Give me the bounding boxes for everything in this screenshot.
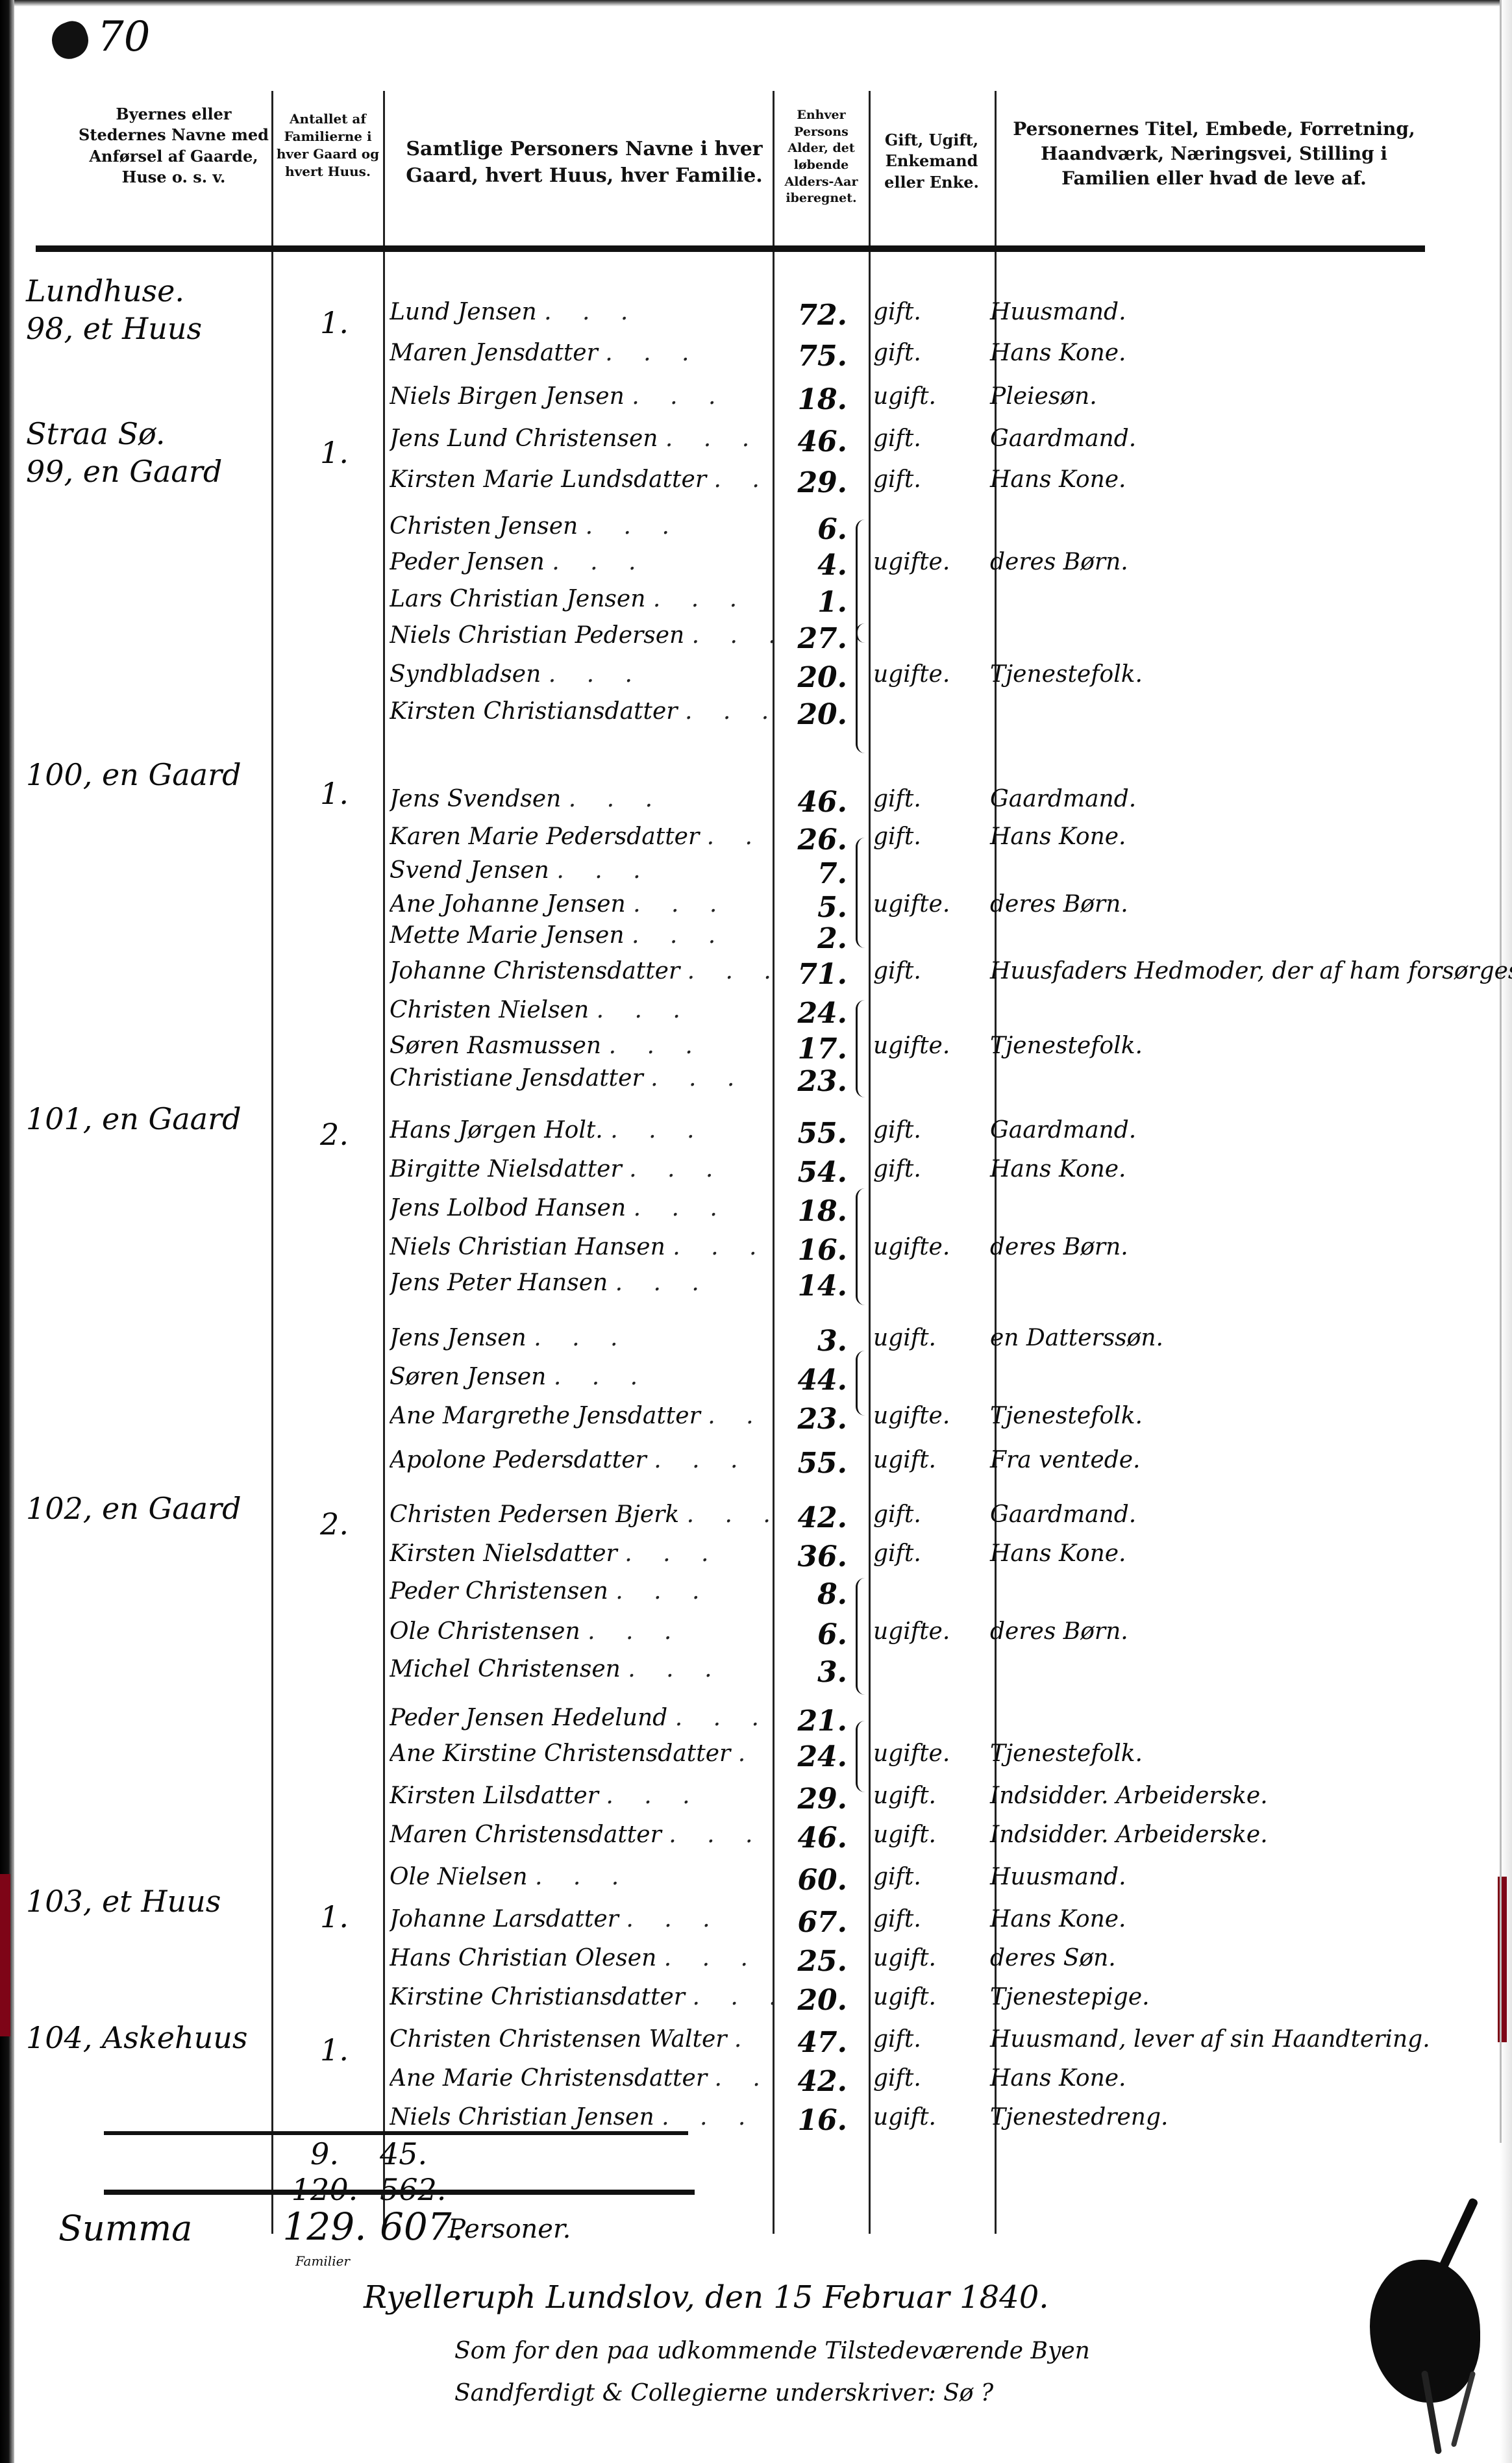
person-name-text: Niels Christian Jensen — [390, 2104, 654, 2131]
occupation: deres Børn. — [990, 1234, 1444, 1260]
header-names: Samtlige Personers Navne i hver Gaard, h… — [403, 136, 766, 189]
person-age: 67. — [782, 1906, 847, 1939]
person-row: Niels Christian Jensen . . .16.ugift.Tje… — [0, 2104, 1512, 2144]
civil-status: gift. — [873, 2026, 984, 2053]
total-rule — [104, 2190, 695, 2195]
person-name-text: Peder Jensen — [390, 549, 545, 575]
person-age: 3. — [782, 1325, 847, 1358]
person-name-text: Kirsten Christiansdatter — [390, 698, 677, 725]
occupation: Tjenestepige. — [990, 1984, 1444, 2010]
person-name-text: Kirsten Nielsdatter — [390, 1540, 617, 1567]
person-age: 75. — [782, 340, 847, 373]
header-civil-status: Gift, Ugift, Enkemand eller Enke. — [873, 130, 990, 193]
sum-families: 129. — [276, 2205, 373, 2249]
person-age: 29. — [782, 1782, 847, 1816]
person-row: Syndbladsen . . .20.ugifte.Tjenestefolk. — [0, 661, 1512, 701]
leader-dots: . . . — [738, 1740, 773, 1767]
leader-dots: . . . — [651, 1065, 746, 1092]
person-row: Jens Svendsen . . .46.gift.Gaardmand. — [0, 786, 1512, 826]
person-name: Apolone Pedersdatter . . . — [390, 1447, 773, 1473]
person-row: Peder Christensen . . .8. — [0, 1578, 1512, 1618]
person-name: Ane Marie Christensdatter . . . — [390, 2065, 773, 2092]
civil-status: ugift. — [873, 1984, 984, 2010]
person-name-text: Niels Christian Pedersen — [390, 622, 684, 649]
leader-dots: . . . — [707, 823, 773, 850]
occupation: Gaardmand. — [990, 786, 1444, 812]
person-age: 16. — [782, 1234, 847, 1267]
leader-dots: . . . — [673, 1234, 768, 1260]
civil-status: ugifte. — [873, 1234, 984, 1260]
civil-status: gift. — [873, 425, 984, 452]
person-name-text: Christen Nielsen — [390, 997, 589, 1023]
person-name: Niels Birgen Jensen . . . — [390, 383, 773, 410]
person-age: 25. — [782, 1945, 847, 1978]
leader-dots: . . . — [554, 1364, 649, 1390]
person-name-text: Niels Christian Hansen — [390, 1234, 665, 1260]
person-age: 72. — [782, 299, 847, 332]
occupation: Indsidder. Arbeiderske. — [990, 1821, 1444, 1848]
leader-dots: . . . — [588, 1618, 683, 1645]
person-age: 4. — [782, 549, 847, 582]
person-name-text: Apolone Pedersdatter — [390, 1447, 647, 1473]
person-name-text: Lund Jensen — [390, 299, 537, 325]
person-name: Kirstine Christiansdatter . . . — [390, 1984, 773, 2010]
scan-top-edge — [0, 0, 1512, 6]
person-name: Karen Marie Pedersdatter . . . — [390, 823, 773, 850]
civil-status: ugifte. — [873, 661, 984, 688]
civil-status: gift. — [873, 2065, 984, 2092]
person-name-text: Christiane Jensdatter — [390, 1065, 643, 1092]
occupation: Tjenestefolk. — [990, 661, 1444, 688]
person-name-text: Niels Birgen Jensen — [390, 383, 625, 410]
civil-status: ugift. — [873, 383, 984, 410]
person-name: Ane Margrethe Jensdatter . . . — [390, 1403, 773, 1429]
occupation: Hans Kone. — [990, 1540, 1444, 1567]
person-name: Maren Christensdatter . . . — [390, 1821, 773, 1848]
civil-status: gift. — [873, 340, 984, 366]
civil-status: gift. — [873, 299, 984, 325]
leader-dots: . . . — [669, 1821, 764, 1848]
person-row: Kirsten Marie Lundsdatter . . .29.gift.H… — [0, 466, 1512, 506]
person-name: Ole Nielsen . . . — [390, 1864, 773, 1890]
person-name: Kirsten Lilsdatter . . . — [390, 1782, 773, 1809]
person-name: Christen Jensen . . . — [390, 513, 773, 540]
person-age: 6. — [782, 1618, 847, 1651]
person-age: 42. — [782, 1501, 847, 1534]
occupation: Tjenestedreng. — [990, 2104, 1444, 2131]
person-name: Peder Jensen Hedelund . . . — [390, 1705, 773, 1731]
person-name-text: Christen Christensen Walter — [390, 2026, 726, 2053]
person-name: Peder Christensen . . . — [390, 1578, 773, 1605]
person-name-text: Jens Lolbod Hansen — [390, 1195, 626, 1221]
person-age: 26. — [782, 823, 847, 856]
person-name-text: Peder Christensen — [390, 1578, 608, 1605]
person-age: 71. — [782, 958, 847, 991]
person-row: Ole Christensen . . .6.ugifte.deres Børn… — [0, 1618, 1512, 1658]
leader-dots: . . . — [609, 1032, 704, 1059]
header-age: Enhver Persons Alder, det løbende Alders… — [776, 107, 867, 207]
leader-dots: . . . — [535, 1864, 630, 1890]
person-age: 17. — [782, 1032, 847, 1066]
person-name: Ole Christensen . . . — [390, 1618, 773, 1645]
person-name-text: Svend Jensen — [390, 857, 549, 884]
person-name-text: Jens Svendsen — [390, 786, 561, 812]
occupation: deres Børn. — [990, 549, 1444, 575]
person-row: Hans Jørgen Holt. . . .55.gift.Gaardmand… — [0, 1117, 1512, 1157]
person-row: Ane Kirstine Christensdatter . . .24.ugi… — [0, 1740, 1512, 1781]
occupation: Fra ventede. — [990, 1447, 1444, 1473]
person-name: Michel Christensen . . . — [390, 1656, 773, 1682]
person-name: Jens Svendsen . . . — [390, 786, 773, 812]
person-row: Kirsten Nielsdatter . . .36.gift.Hans Ko… — [0, 1540, 1512, 1581]
occupation: Gaardmand. — [990, 1117, 1444, 1144]
leader-dots: . . . — [675, 1705, 771, 1731]
civil-status: ugifte. — [873, 1403, 984, 1429]
person-row: Christen Jensen . . .6. — [0, 513, 1512, 553]
person-name: Niels Christian Pedersen . . . — [390, 622, 773, 649]
civil-status: gift. — [873, 1156, 984, 1182]
person-name: Søren Jensen . . . — [390, 1364, 773, 1390]
person-name-text: Karen Marie Pedersdatter — [390, 823, 699, 850]
person-age: 46. — [782, 1821, 847, 1855]
person-age: 6. — [782, 513, 847, 546]
leader-dots: . . . — [549, 661, 644, 688]
person-name-text: Johanne Larsdatter — [390, 1906, 619, 1932]
person-name: Jens Jensen . . . — [390, 1325, 773, 1351]
person-name-text: Christen Pedersen Bjerk — [390, 1501, 679, 1528]
person-name-text: Kirstine Christiansdatter — [390, 1984, 685, 2010]
person-row: Peder Jensen . . .4.ugifte.deres Børn. — [0, 549, 1512, 589]
civil-status: ugift. — [873, 1821, 984, 1848]
leader-dots: . . . — [685, 698, 773, 725]
civil-status: gift. — [873, 1906, 984, 1932]
person-age: 7. — [782, 857, 847, 890]
person-age: 27. — [782, 622, 847, 655]
person-row: Lars Christian Jensen . . .1. — [0, 586, 1512, 626]
civil-status: gift. — [873, 1501, 984, 1528]
person-name-text: Johanne Christensdatter — [390, 958, 680, 984]
person-name-text: Jens Jensen — [390, 1325, 527, 1351]
person-row: Christen Pedersen Bjerk . . .42.gift.Gaa… — [0, 1501, 1512, 1542]
person-row: Mette Marie Jensen . . .2. — [0, 922, 1512, 962]
person-row: Christen Nielsen . . .24. — [0, 997, 1512, 1037]
person-name-text: Jens Peter Hansen — [390, 1269, 608, 1296]
leader-dots: . . . — [632, 383, 727, 410]
leader-dots: . . . — [708, 1403, 773, 1429]
person-name-text: Michel Christensen — [390, 1656, 621, 1682]
person-row: Hans Christian Olesen . . .25.ugift.dere… — [0, 1945, 1512, 1985]
person-name-text: Kirsten Lilsdatter — [390, 1782, 599, 1809]
person-name: Lars Christian Jensen . . . — [390, 586, 773, 612]
leader-dots: . . . — [628, 1656, 723, 1682]
civil-status: gift. — [873, 466, 984, 493]
person-row: Michel Christensen . . .3. — [0, 1656, 1512, 1696]
occupation: Huusmand. — [990, 299, 1444, 325]
person-row: Kirstine Christiansdatter . . .20.ugift.… — [0, 1984, 1512, 2024]
leader-dots: . . . — [665, 425, 761, 452]
group-brace — [856, 838, 872, 948]
person-name: Maren Jensdatter . . . — [390, 340, 773, 366]
occupation: Hans Kone. — [990, 1906, 1444, 1932]
leader-dots: . . . — [692, 1984, 773, 2010]
person-name: Peder Jensen . . . — [390, 549, 773, 575]
leader-dots: . . . — [544, 299, 639, 325]
person-name: Niels Christian Jensen . . . — [390, 2104, 773, 2131]
leader-dots: . . . — [626, 1906, 721, 1932]
person-name: Lund Jensen . . . — [390, 299, 773, 325]
leader-dots: . . . — [556, 857, 652, 884]
person-name-text: Ane Marie Christensdatter — [390, 2065, 707, 2092]
group-brace — [856, 1188, 872, 1305]
person-name: Kirsten Christiansdatter . . . — [390, 698, 773, 725]
person-age: 21. — [782, 1705, 847, 1738]
person-name-text: Hans Christian Olesen — [390, 1945, 656, 1971]
person-name-text: Jens Lund Christensen — [390, 425, 658, 452]
civil-status: gift. — [873, 958, 984, 984]
person-age: 20. — [782, 1984, 847, 2017]
civil-status: gift. — [873, 786, 984, 812]
person-name-text: Kirsten Marie Lundsdatter — [390, 466, 706, 493]
closing-line-3: Sandferdigt & Collegierne underskriver: … — [454, 2380, 993, 2407]
person-age: 3. — [782, 1656, 847, 1689]
person-row: Christen Christensen Walter . . .47.gift… — [0, 2026, 1512, 2066]
person-name: Johanne Christensdatter . . . — [390, 958, 773, 984]
civil-status: gift. — [873, 1540, 984, 1567]
civil-status: ugifte. — [873, 549, 984, 575]
leader-dots: . . . — [653, 586, 749, 612]
occupation: Tjenestefolk. — [990, 1740, 1444, 1767]
person-row: Apolone Pedersdatter . . .55.ugift.Fra v… — [0, 1447, 1512, 1487]
leader-dots: . . . — [734, 2026, 773, 2053]
person-row: Peder Jensen Hedelund . . .21. — [0, 1705, 1512, 1745]
person-name-text: Ole Christensen — [390, 1618, 580, 1645]
page-number: 70 — [52, 13, 150, 61]
sum-label: Summa — [58, 2208, 192, 2249]
header-rule — [36, 245, 1425, 252]
civil-status: ugift. — [873, 1447, 984, 1473]
person-name: Ane Johanne Jensen . . . — [390, 891, 773, 918]
person-age: 24. — [782, 1740, 847, 1773]
civil-status: ugifte. — [873, 891, 984, 918]
closing-place-date: Ryelleruph Lundslov, den 15 Februar 1840… — [364, 2279, 1048, 2316]
person-name-text: Peder Jensen Hedelund — [390, 1705, 667, 1731]
civil-status: ugift. — [873, 2104, 984, 2131]
person-name: Mette Marie Jensen . . . — [390, 922, 773, 949]
person-row: Johanne Christensdatter . . .71.gift.Huu… — [0, 958, 1512, 998]
leader-dots: . . . — [688, 958, 773, 984]
group-brace — [856, 1000, 872, 1097]
person-row: Jens Lund Christensen . . .46.gift.Gaard… — [0, 425, 1512, 466]
person-age: 1. — [782, 586, 847, 619]
person-row: Maren Christensdatter . . .46.ugift.Inds… — [0, 1821, 1512, 1862]
leader-dots: . . . — [714, 466, 773, 493]
person-name-text: Christen Jensen — [390, 513, 578, 540]
leader-dots: . . . — [632, 922, 727, 949]
person-row: Søren Jensen . . .44. — [0, 1364, 1512, 1404]
person-name: Ane Kirstine Christensdatter . . . — [390, 1740, 773, 1767]
group-brace — [856, 1351, 872, 1416]
header-place: Byernes eller Stedernes Navne med Anførs… — [78, 104, 269, 188]
occupation: deres Børn. — [990, 1618, 1444, 1645]
person-age: 5. — [782, 891, 847, 924]
person-age: 46. — [782, 425, 847, 458]
occupation: Tjenestefolk. — [990, 1403, 1444, 1429]
person-age: 42. — [782, 2065, 847, 2098]
person-age: 18. — [782, 383, 847, 416]
person-name: Jens Lolbod Hansen . . . — [390, 1195, 773, 1221]
person-row: Niels Christian Hansen . . .16.ugifte.de… — [0, 1234, 1512, 1274]
header-family-count: Antallet af Familierne i hver Gaard og h… — [276, 110, 380, 181]
occupation: Tjenestefolk. — [990, 1032, 1444, 1059]
header-occupation: Personernes Titel, Embede, Forretning, H… — [1013, 117, 1415, 190]
leader-dots: . . . — [615, 1269, 711, 1296]
leader-dots: . . . — [625, 1540, 720, 1567]
leader-dots: . . . — [605, 340, 700, 366]
person-row: Ane Margrethe Jensdatter . . .23.ugifte.… — [0, 1403, 1512, 1443]
person-age: 24. — [782, 997, 847, 1030]
person-name-text: Mette Marie Jensen — [390, 922, 625, 949]
page-families-total: 9. — [276, 2136, 373, 2171]
person-name-text: Syndbladsen — [390, 661, 541, 688]
person-name-text: Lars Christian Jensen — [390, 586, 645, 612]
person-row: Niels Birgen Jensen . . .18.ugift.Pleies… — [0, 383, 1512, 423]
occupation: Huusmand. — [990, 1864, 1444, 1890]
person-age: 55. — [782, 1447, 847, 1480]
person-name-text: Birgitte Nielsdatter — [390, 1156, 622, 1182]
person-row: Lund Jensen . . .72.gift.Huusmand. — [0, 299, 1512, 339]
group-brace — [856, 623, 872, 753]
person-name-text: Maren Jensdatter — [390, 340, 598, 366]
person-row: Ole Nielsen . . .60.gift.Huusmand. — [0, 1864, 1512, 1904]
person-name: Hans Christian Olesen . . . — [390, 1945, 773, 1971]
person-age: 14. — [782, 1269, 847, 1303]
person-age: 54. — [782, 1156, 847, 1189]
person-name: Christen Nielsen . . . — [390, 997, 773, 1023]
person-name-text: Søren Rasmussen — [390, 1032, 601, 1059]
person-name: Kirsten Nielsdatter . . . — [390, 1540, 773, 1567]
leader-dots: . . . — [664, 1945, 760, 1971]
person-row: Kirsten Christiansdatter . . .20. — [0, 698, 1512, 738]
civil-status: gift. — [873, 1864, 984, 1890]
occupation: Hans Kone. — [990, 2065, 1444, 2092]
person-name-text: Ane Johanne Jensen — [390, 891, 626, 918]
person-name: Niels Christian Hansen . . . — [390, 1234, 773, 1260]
person-row: Jens Jensen . . .3.ugift.en Datterssøn. — [0, 1325, 1512, 1365]
person-age: 16. — [782, 2104, 847, 2137]
sum-persons-caption: Personer. — [448, 2214, 571, 2244]
person-name-text: Ane Margrethe Jensdatter — [390, 1403, 700, 1429]
leader-dots: . . . — [606, 1782, 701, 1809]
occupation: Hans Kone. — [990, 823, 1444, 850]
leader-dots: . . . — [610, 1117, 706, 1144]
person-name: Syndbladsen . . . — [390, 661, 773, 688]
leader-dots: . . . — [586, 513, 681, 540]
person-name: Johanne Larsdatter . . . — [390, 1906, 773, 1932]
occupation: en Datterssøn. — [990, 1325, 1444, 1351]
occupation: Huusmand, lever af sin Haandtering. — [990, 2026, 1444, 2053]
person-row: Ane Marie Christensdatter . . .42.gift.H… — [0, 2065, 1512, 2105]
occupation: deres Børn. — [990, 891, 1444, 918]
leader-dots: . . . — [569, 786, 664, 812]
person-age: 20. — [782, 698, 847, 731]
person-age: 60. — [782, 1864, 847, 1897]
person-age: 44. — [782, 1364, 847, 1397]
person-row: Kirsten Lilsdatter . . .29.ugift.Indsidd… — [0, 1782, 1512, 1823]
person-age: 55. — [782, 1117, 847, 1150]
person-name-text: Maren Christensdatter — [390, 1821, 662, 1848]
person-age: 46. — [782, 786, 847, 819]
person-name-text: Ane Kirstine Christensdatter — [390, 1740, 730, 1767]
person-age: 23. — [782, 1403, 847, 1436]
person-age: 18. — [782, 1195, 847, 1228]
person-name: Christen Pedersen Bjerk . . . — [390, 1501, 773, 1528]
person-row: Christiane Jensdatter . . .23. — [0, 1065, 1512, 1105]
person-row: Niels Christian Pedersen . . .27. — [0, 622, 1512, 662]
group-brace — [856, 1721, 872, 1792]
occupation: Hans Kone. — [990, 466, 1444, 493]
occupation: Huusfaders Hedmoder, der af ham forsørge… — [990, 958, 1444, 984]
person-name: Jens Peter Hansen . . . — [390, 1269, 773, 1296]
person-name: Birgitte Nielsdatter . . . — [390, 1156, 773, 1182]
sum-families-caption: Familier — [295, 2253, 350, 2269]
ink-blot-icon — [47, 17, 93, 64]
person-name: Christiane Jensdatter . . . — [390, 1065, 773, 1092]
person-age: 2. — [782, 922, 847, 955]
person-name: Søren Rasmussen . . . — [390, 1032, 773, 1059]
leader-dots: . . . — [597, 997, 692, 1023]
civil-status: ugifte. — [873, 1740, 984, 1767]
person-name: Jens Lund Christensen . . . — [390, 425, 773, 452]
civil-status: gift. — [873, 823, 984, 850]
leader-dots: . . . — [715, 2065, 773, 2092]
group-brace — [856, 1578, 872, 1695]
person-age: 29. — [782, 466, 847, 499]
leader-dots: . . . — [629, 1156, 725, 1182]
closing-line-2: Som for den paa udkommende Tilstedeværen… — [454, 2338, 1090, 2364]
occupation: Hans Kone. — [990, 340, 1444, 366]
occupation: Pleiesøn. — [990, 383, 1444, 410]
occupation: Gaardmand. — [990, 425, 1444, 452]
leader-dots: . . . — [633, 891, 728, 918]
person-age: 47. — [782, 2026, 847, 2059]
person-name: Svend Jensen . . . — [390, 857, 773, 884]
person-row: Birgitte Nielsdatter . . .54.gift.Hans K… — [0, 1156, 1512, 1196]
civil-status: ugift. — [873, 1945, 984, 1971]
page-persons-total: 45. — [380, 2136, 427, 2171]
leader-dots: . . . — [654, 1447, 749, 1473]
civil-status: ugifte. — [873, 1618, 984, 1645]
leader-dots: . . . — [687, 1501, 773, 1528]
occupation: Hans Kone. — [990, 1156, 1444, 1182]
person-name-text: Søren Jensen — [390, 1364, 546, 1390]
person-age: 20. — [782, 661, 847, 694]
person-name: Kirsten Marie Lundsdatter . . . — [390, 466, 773, 493]
person-name-text: Ole Nielsen — [390, 1864, 528, 1890]
person-row: Jens Lolbod Hansen . . .18. — [0, 1195, 1512, 1235]
person-row: Johanne Larsdatter . . .67.gift.Hans Kon… — [0, 1906, 1512, 1946]
person-name: Hans Jørgen Holt. . . . — [390, 1117, 773, 1144]
person-age: 8. — [782, 1578, 847, 1611]
occupation: Indsidder. Arbeiderske. — [990, 1782, 1444, 1809]
person-row: Maren Jensdatter . . .75.gift.Hans Kone. — [0, 340, 1512, 380]
person-row: Jens Peter Hansen . . .14. — [0, 1269, 1512, 1310]
person-name-text: Hans Jørgen Holt. — [390, 1117, 603, 1144]
leader-dots: . . . — [615, 1578, 711, 1605]
leader-dots: . . . — [534, 1325, 629, 1351]
leader-dots: . . . — [634, 1195, 729, 1221]
leader-dots: . . . — [552, 549, 647, 575]
person-age: 36. — [782, 1540, 847, 1573]
